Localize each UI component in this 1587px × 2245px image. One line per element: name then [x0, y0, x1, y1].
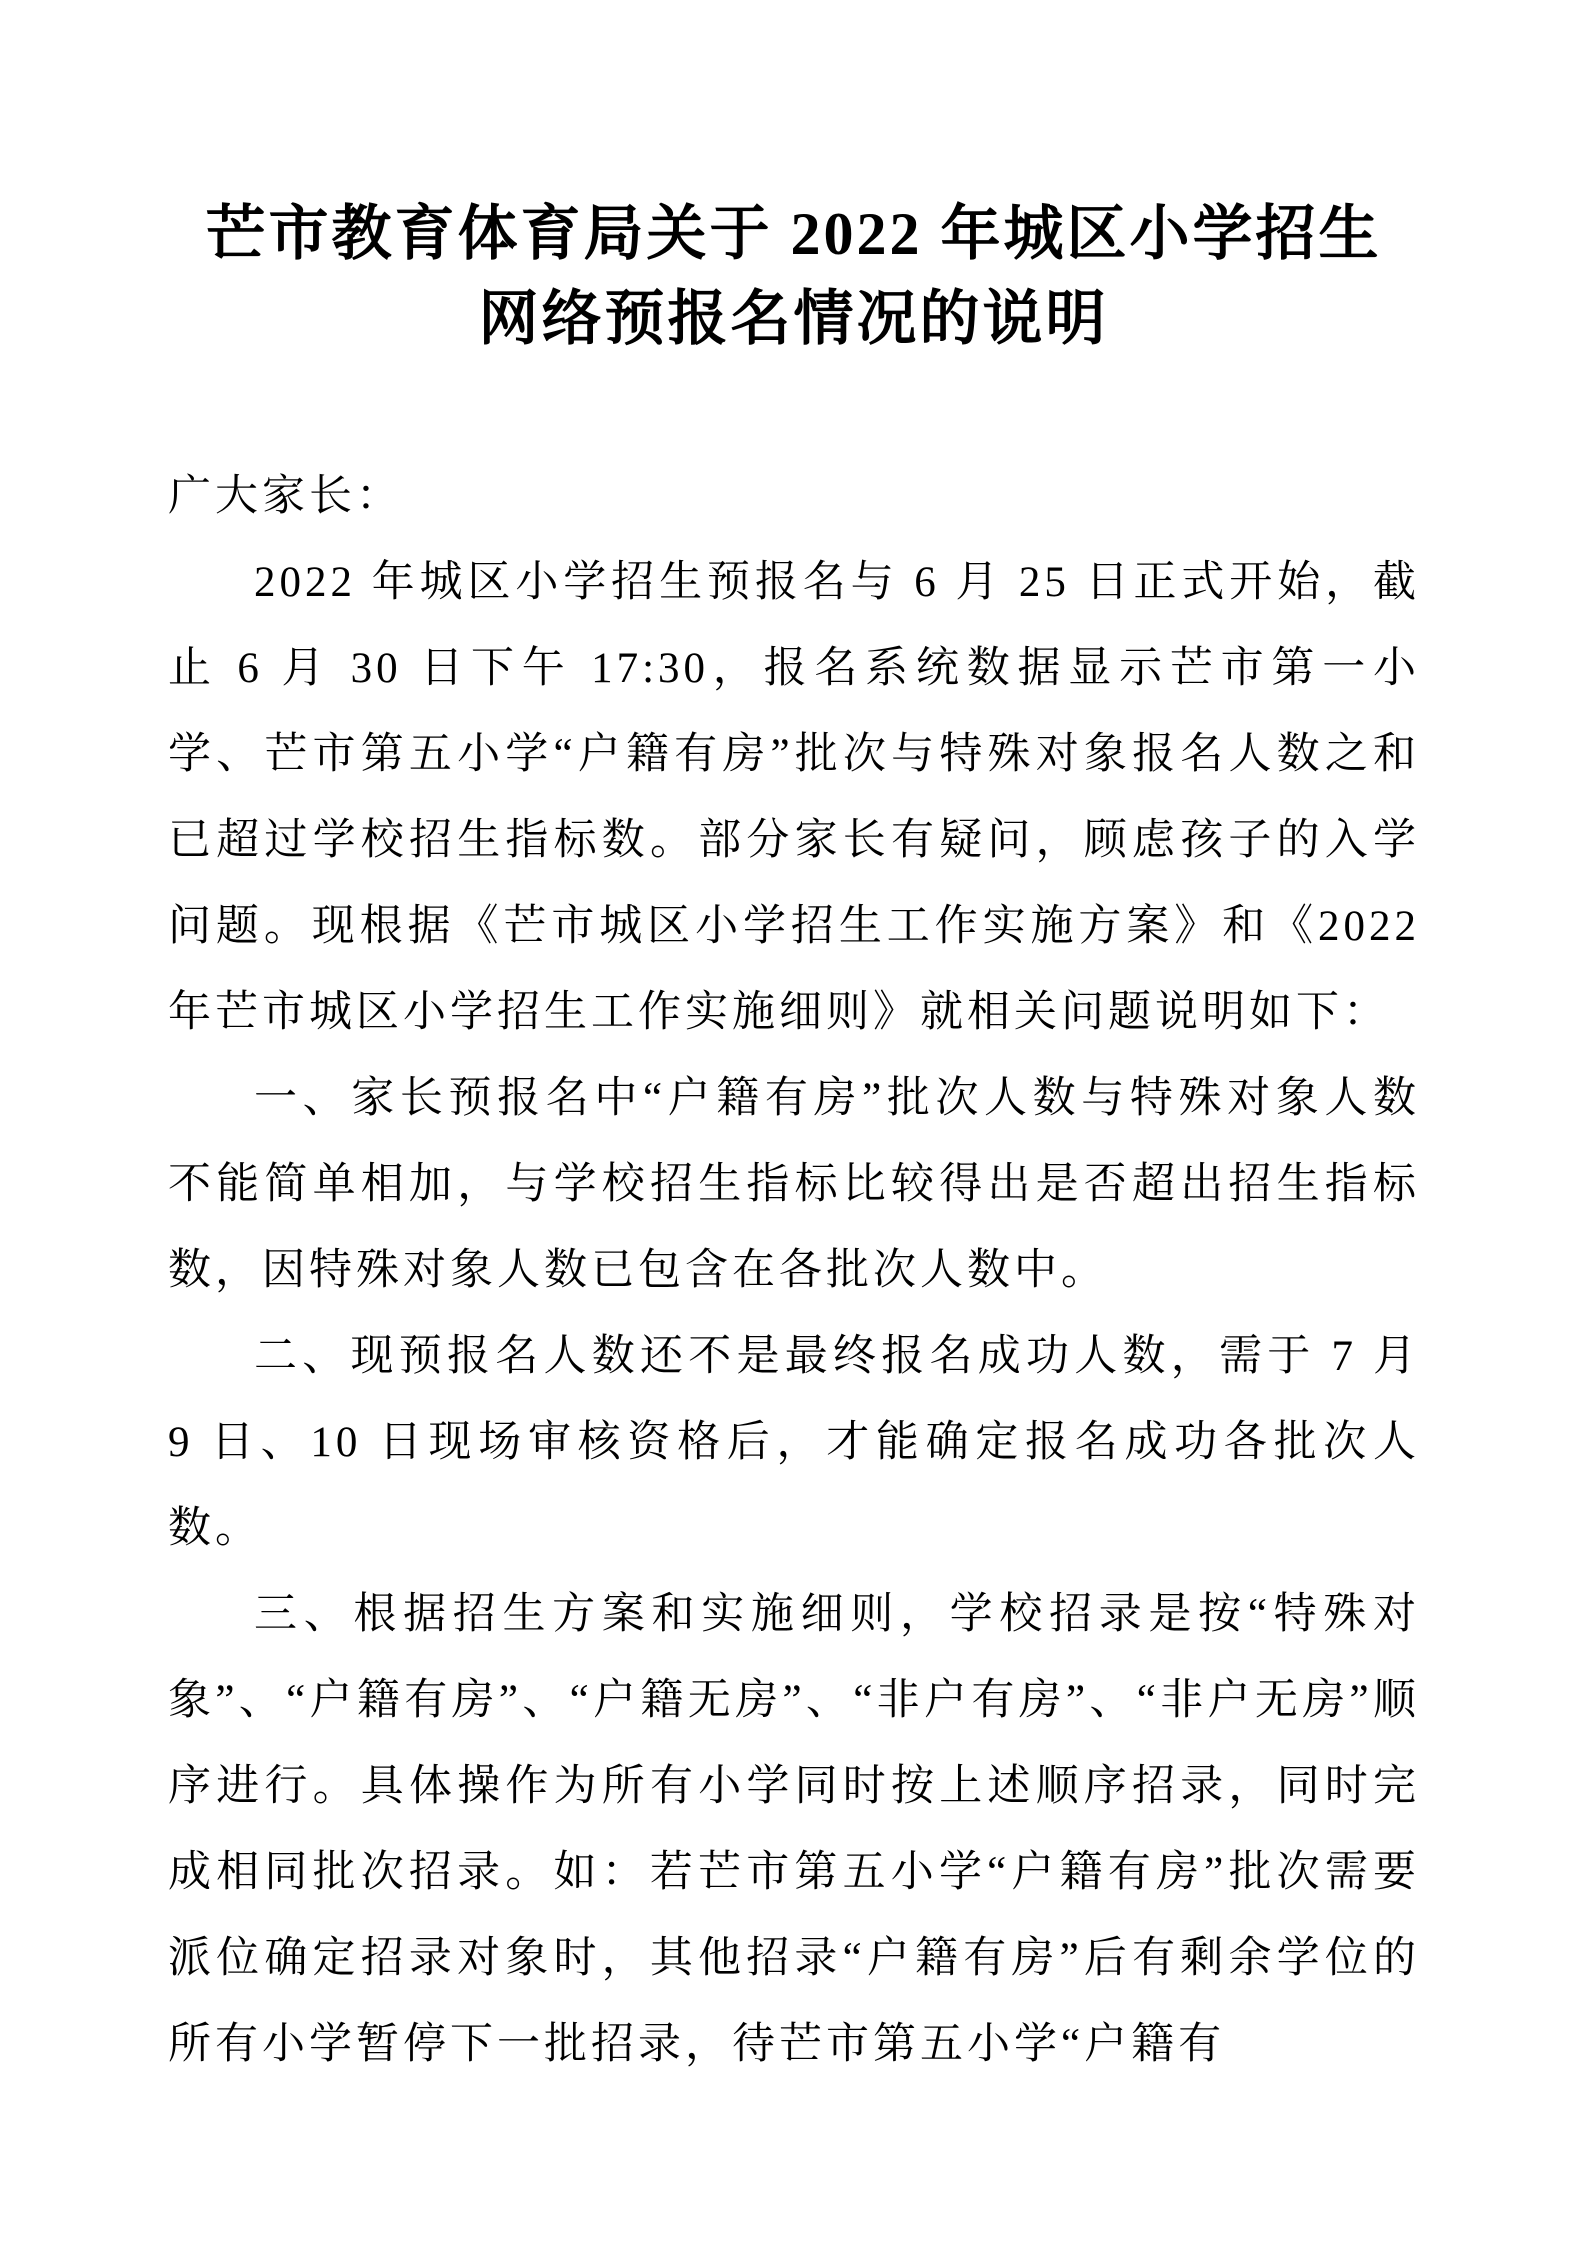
document-title: 芒市教育体育局关于 2022 年城区小学招生 网络预报名情况的说明 — [150, 192, 1437, 362]
document-body: 广大家长： 2022 年城区小学招生预报名与 6 月 25 日正式开始，截止 6… — [168, 454, 1420, 2088]
paragraph-intro: 2022 年城区小学招生预报名与 6 月 25 日正式开始，截止 6 月 30 … — [168, 540, 1420, 1056]
document-page: 芒市教育体育局关于 2022 年城区小学招生 网络预报名情况的说明 广大家长： … — [0, 0, 1587, 2245]
salutation: 广大家长： — [168, 454, 1420, 540]
paragraph-item-1: 一、家长预报名中“户籍有房”批次人数与特殊对象人数不能简单相加，与学校招生指标比… — [168, 1056, 1420, 1314]
document-title-line-2: 网络预报名情况的说明 — [150, 277, 1437, 362]
paragraph-item-3: 三、根据招生方案和实施细则，学校招录是按“特殊对象”、“户籍有房”、“户籍无房”… — [168, 1572, 1420, 2088]
document-title-line-1: 芒市教育体育局关于 2022 年城区小学招生 — [150, 192, 1437, 277]
paragraph-item-2: 二、现预报名人数还不是最终报名成功人数，需于 7 月 9 日、10 日现场审核资… — [168, 1314, 1420, 1572]
